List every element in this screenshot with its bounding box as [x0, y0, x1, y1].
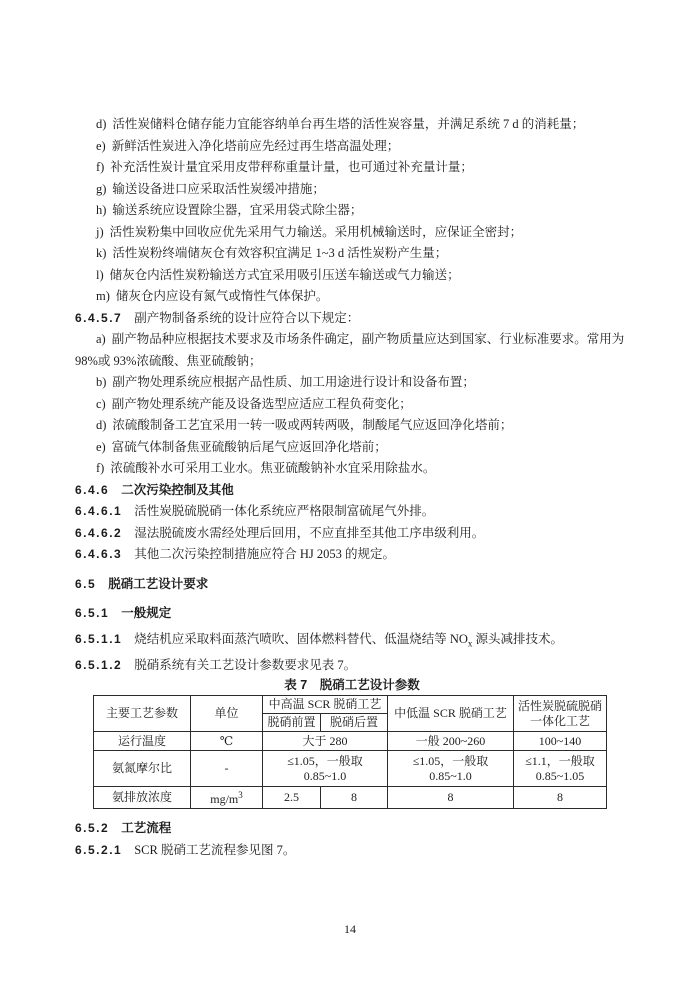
- item-label: d): [96, 117, 106, 131]
- header-cell-activated-carbon: 活性炭脱硫脱硝 一体化工艺: [514, 696, 607, 732]
- cell-param: 氨排放浓度: [94, 787, 191, 809]
- clause-6512: 6.5.1.2脱硝系统有关工艺设计参数要求见表 7。: [75, 655, 629, 677]
- clause-6461: 6.4.6.1活性炭脱硫脱硝一体化系统应严格限制富硫尾气外排。: [75, 501, 629, 523]
- table-7: 主要工艺参数 单位 中高温 SCR 脱硝工艺 中低温 SCR 脱硝工艺 活性炭脱…: [93, 695, 607, 809]
- clause-text: 其他二次污染控制措施应符合 HJ 2053 的规定。: [134, 547, 395, 561]
- page-number: 14: [0, 922, 700, 937]
- cell-mid-high: ≤1.05，一般取 0.85~1.0: [263, 751, 388, 787]
- clause-645-item-l: l)储灰仓内活性炭粉输送方式宜采用吸引压送车输送或气力输送；: [75, 265, 629, 287]
- heading-title: 二次污染控制及其他: [121, 483, 234, 497]
- clause-6457-item-a-cont: 98%或 93%浓硫酸、焦亚硫酸钠；: [75, 351, 629, 373]
- unit-superscript: 3: [238, 790, 243, 800]
- clause-number: 6.5.1.2: [75, 658, 122, 672]
- cell-mid-low: ≤1.05，一般取 0.85~1.0: [388, 751, 514, 787]
- cell-pre: 2.5: [263, 787, 321, 809]
- heading-number: 6.5.2: [75, 821, 109, 835]
- clause-6511: 6.5.1.1烧结机应采取料面蒸汽喷吹、固体燃料替代、低温烧结等 NOx 源头减…: [75, 629, 629, 655]
- clause-text-prefix: 烧结机应采取料面蒸汽喷吹、固体燃料替代、低温烧结等 NO: [134, 632, 468, 646]
- document-page: d)活性炭储料仓储存能力宜能容纳单台再生塔的活性炭容量，并满足系统 7 d 的消…: [0, 0, 700, 989]
- item-text: 浓硫酸补水可采用工业水。焦亚硫酸钠补水宜采用除盐水。: [110, 461, 435, 475]
- clause-number: 6.4.6.3: [75, 547, 122, 561]
- clause-645-item-j: j)活性炭粉集中回收应优先采用气力输送。采用机械输送时，应保证全密封；: [75, 222, 629, 244]
- item-text: 浓硫酸制备工艺宜采用一转一吸或两转两吸，制酸尾气应返回净化塔前；: [112, 418, 512, 432]
- clause-text-suffix: 源头减排技术。: [472, 632, 563, 646]
- item-text: 副产物品种应根据技术要求及市场条件确定，副产物质量应达到国家、行业标准要求。常用…: [112, 332, 625, 346]
- clause-text: 活性炭脱硫脱硝一体化系统应严格限制富硫尾气外排。: [134, 504, 434, 518]
- heading-title: 脱硝工艺设计要求: [108, 577, 208, 591]
- item-label: e): [96, 440, 106, 454]
- clause-text: SCR 脱硝工艺流程参见图 7。: [134, 843, 295, 857]
- item-label: e): [96, 139, 106, 153]
- item-label: a): [96, 332, 106, 346]
- heading-65: 6.5脱硝工艺设计要求: [75, 574, 629, 596]
- clause-645-item-g: g)输送设备进口应采取活性炭缓冲措施；: [75, 179, 629, 201]
- item-text: 副产物处理系统应根据产品性质、加工用途进行设计和设备布置；: [112, 375, 475, 389]
- heading-646: 6.4.6二次污染控制及其他: [75, 480, 629, 502]
- heading-number: 6.4.6: [75, 483, 109, 497]
- table-row-ammonia-emission: 氨排放浓度 mg/m3 2.5 8 8 8: [94, 787, 607, 809]
- table-row-ammonia-molar-ratio: 氨氮摩尔比 - ≤1.05，一般取 0.85~1.0 ≤1.05，一般取 0.8…: [94, 751, 607, 787]
- page-content: d)活性炭储料仓储存能力宜能容纳单台再生塔的活性炭容量，并满足系统 7 d 的消…: [75, 114, 629, 861]
- heading-number: 6.5.1: [75, 606, 109, 620]
- cell-unit: ℃: [191, 732, 263, 751]
- clause-6463: 6.4.6.3其他二次污染控制措施应符合 HJ 2053 的规定。: [75, 544, 629, 566]
- unit-prefix: mg/m: [210, 792, 238, 806]
- item-label: j): [96, 225, 104, 239]
- cell-mid-high: 大于 280: [263, 732, 388, 751]
- clause-645-item-d: d)活性炭储料仓储存能力宜能容纳单台再生塔的活性炭容量，并满足系统 7 d 的消…: [75, 114, 629, 136]
- header-cell-unit: 单位: [191, 696, 263, 732]
- cell-param: 氨氮摩尔比: [94, 751, 191, 787]
- item-label: k): [96, 246, 106, 260]
- header-cell-denitration-post: 脱硝后置: [321, 714, 388, 732]
- item-label: g): [96, 182, 106, 196]
- item-text: 储灰仓内活性炭粉输送方式宜采用吸引压送车输送或气力输送；: [110, 268, 460, 282]
- clause-6462: 6.4.6.2湿法脱硫废水需经处理后回用，不应直排至其他工序串级利用。: [75, 523, 629, 545]
- cell-activated-carbon: ≤1.1，一般取 0.85~1.05: [514, 751, 607, 787]
- cell-activated-carbon: 8: [514, 787, 607, 809]
- item-text: 活性炭粉终端储灰仓有效容积宜满足 1~3 d 活性炭粉产生量；: [112, 246, 447, 260]
- cell-mid-low: 8: [388, 787, 514, 809]
- item-text: 新鲜活性炭进入净化塔前应先经过再生塔高温处理；: [112, 139, 400, 153]
- heading-651: 6.5.1一般规定: [75, 603, 629, 625]
- cell-post: 8: [321, 787, 388, 809]
- item-text: 富硫气体制备焦亚硫酸钠后尾气应返回净化塔前；: [112, 440, 387, 454]
- clause-6457: 6.4.5.7副产物制备系统的设计应符合以下规定：: [75, 308, 629, 330]
- clause-645-item-e: e)新鲜活性炭进入净化塔前应先经过再生塔高温处理；: [75, 136, 629, 158]
- cell-param: 运行温度: [94, 732, 191, 751]
- cell-unit: mg/m3: [191, 787, 263, 809]
- clause-number: 6.5.2.1: [75, 843, 122, 857]
- clause-6457-item-f: f)浓硫酸补水可采用工业水。焦亚硫酸钠补水宜采用除盐水。: [75, 458, 629, 480]
- item-label: d): [96, 418, 106, 432]
- clause-number: 6.5.1.1: [75, 632, 122, 646]
- item-text: 副产物处理系统产能及设备选型应适应工程负荷变化；: [112, 397, 412, 411]
- header-cell-mid-low-scr: 中低温 SCR 脱硝工艺: [388, 696, 514, 732]
- cell-unit: -: [191, 751, 263, 787]
- clause-645-item-m: m)储灰仓内应设有氮气或惰性气体保护。: [75, 286, 629, 308]
- header-cell-mid-high-scr: 中高温 SCR 脱硝工艺: [263, 696, 388, 714]
- clause-6457-item-b: b)副产物处理系统应根据产品性质、加工用途进行设计和设备布置；: [75, 372, 629, 394]
- clause-6457-item-c: c)副产物处理系统产能及设备选型应适应工程负荷变化；: [75, 394, 629, 416]
- item-label: m): [96, 289, 110, 303]
- item-label: f): [96, 160, 104, 174]
- clause-text: 脱硝系统有关工艺设计参数要求见表 7。: [134, 658, 356, 672]
- item-text: 输送系统应设置除尘器，宜采用袋式除尘器；: [112, 203, 362, 217]
- clause-6457-item-a: a)副产物品种应根据技术要求及市场条件确定，副产物质量应达到国家、行业标准要求。…: [75, 329, 629, 351]
- item-text: 储灰仓内应设有氮气或惰性气体保护。: [116, 289, 329, 303]
- clause-6457-item-d: d)浓硫酸制备工艺宜采用一转一吸或两转两吸，制酸尾气应返回净化塔前；: [75, 415, 629, 437]
- item-label: h): [96, 203, 106, 217]
- item-label: f): [96, 461, 104, 475]
- item-label: l): [96, 268, 104, 282]
- heading-number: 6.5: [75, 577, 96, 591]
- clause-number: 6.4.6.1: [75, 504, 122, 518]
- item-text: 活性炭储料仓储存能力宜能容纳单台再生塔的活性炭容量，并满足系统 7 d 的消耗量…: [112, 117, 584, 131]
- cell-mid-low: 一般 200~260: [388, 732, 514, 751]
- item-label: b): [96, 375, 106, 389]
- clause-number: 6.4.5.7: [75, 311, 122, 325]
- clause-number: 6.4.6.2: [75, 526, 122, 540]
- clause-text: 副产物制备系统的设计应符合以下规定：: [134, 311, 359, 325]
- clause-6521: 6.5.2.1SCR 脱硝工艺流程参见图 7。: [75, 840, 629, 862]
- cell-activated-carbon: 100~140: [514, 732, 607, 751]
- heading-title: 一般规定: [121, 606, 171, 620]
- clause-645-item-f: f)补充活性炭计量宜采用皮带秤称重量计量，也可通过补充量计量；: [75, 157, 629, 179]
- item-text: 补充活性炭计量宜采用皮带秤称重量计量，也可通过补充量计量；: [110, 160, 473, 174]
- clause-text: 湿法脱硫废水需经处理后回用，不应直排至其他工序串级利用。: [134, 526, 484, 540]
- clause-645-item-k: k)活性炭粉终端储灰仓有效容积宜满足 1~3 d 活性炭粉产生量；: [75, 243, 629, 265]
- clause-text: 烧结机应采取料面蒸汽喷吹、固体燃料替代、低温烧结等 NOx 源头减排技术。: [134, 632, 563, 646]
- item-label: c): [96, 397, 106, 411]
- header-ac-line1: 活性炭脱硫脱硝: [516, 699, 604, 714]
- heading-title: 工艺流程: [121, 821, 171, 835]
- clause-645-item-h: h)输送系统应设置除尘器，宜采用袋式除尘器；: [75, 200, 629, 222]
- item-text: 输送设备进口应采取活性炭缓冲措施；: [112, 182, 325, 196]
- header-cell-param: 主要工艺参数: [94, 696, 191, 732]
- item-text: 活性炭粉集中回收应优先采用气力输送。采用机械输送时，应保证全密封；: [110, 225, 523, 239]
- header-ac-line2: 一体化工艺: [516, 714, 604, 729]
- header-cell-denitration-pre: 脱硝前置: [263, 714, 321, 732]
- heading-652: 6.5.2工艺流程: [75, 818, 629, 840]
- item-text: 98%或 93%浓硫酸、焦亚硫酸钠；: [75, 354, 261, 368]
- table-7-caption: 表 7 脱硝工艺设计参数: [75, 676, 629, 695]
- table-row-operating-temp: 运行温度 ℃ 大于 280 一般 200~260 100~140: [94, 732, 607, 751]
- table-header-row-1: 主要工艺参数 单位 中高温 SCR 脱硝工艺 中低温 SCR 脱硝工艺 活性炭脱…: [94, 696, 607, 714]
- clause-6457-item-e: e)富硫气体制备焦亚硫酸钠后尾气应返回净化塔前；: [75, 437, 629, 459]
